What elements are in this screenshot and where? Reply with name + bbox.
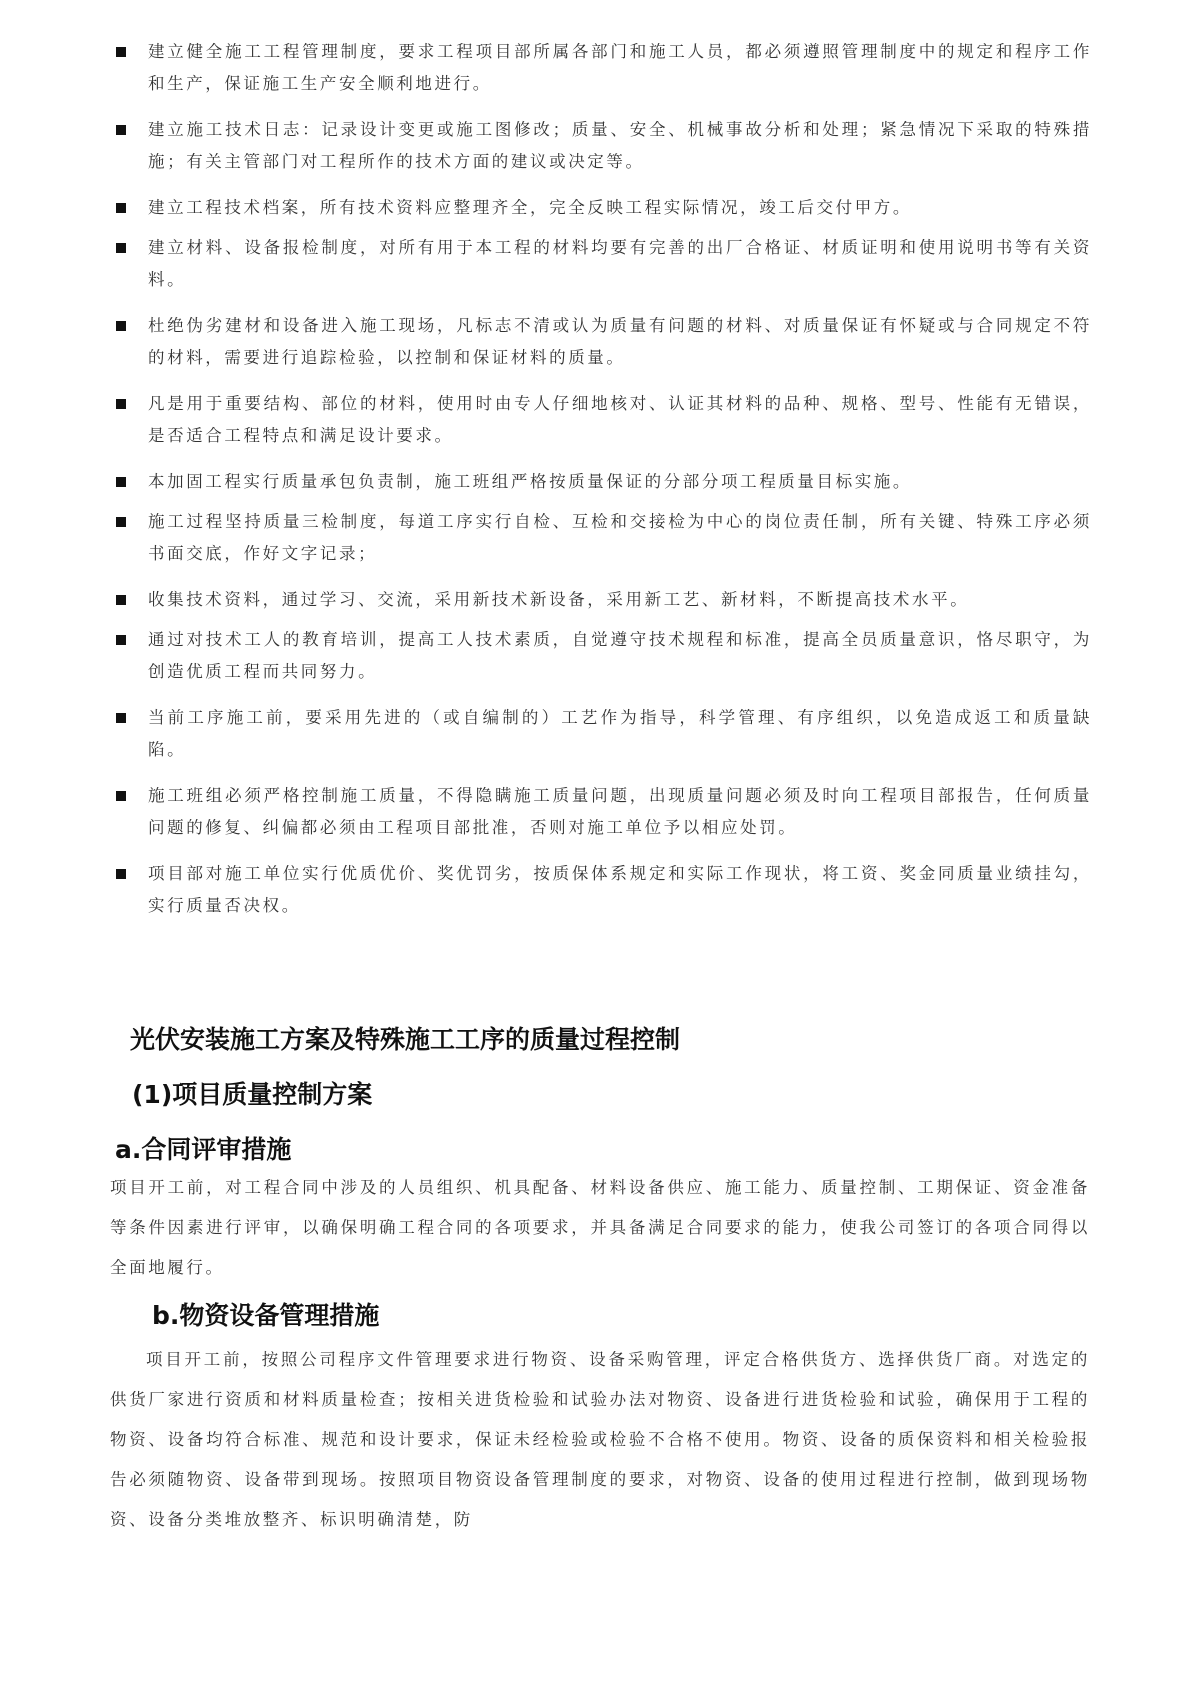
document-page: 建立健全施工工程管理制度，要求工程项目部所属各部门和施工人员，都必须遵照管理制度…	[0, 0, 1190, 1684]
list-item: 凡是用于重要结构、部位的材料，使用时由专人仔细地核对、认证其材料的品种、规格、型…	[112, 388, 1092, 452]
section-a-title: a.合同评审措施	[115, 1130, 291, 1166]
list-item-text: 建立健全施工工程管理制度，要求工程项目部所属各部门和施工人员，都必须遵照管理制度…	[148, 36, 1092, 100]
list-item: 建立健全施工工程管理制度，要求工程项目部所属各部门和施工人员，都必须遵照管理制度…	[112, 36, 1092, 100]
list-item-text: 项目部对施工单位实行优质优价、奖优罚劣，按质保体系规定和实际工作现状，将工资、奖…	[148, 858, 1092, 922]
list-item: 施工过程坚持质量三检制度，每道工序实行自检、互检和交接检为中心的岗位责任制，所有…	[112, 506, 1092, 570]
list-item: 施工班组必须严格控制施工质量，不得隐瞒施工质量问题，出现质量问题必须及时向工程项…	[112, 780, 1092, 844]
square-bullet-icon	[116, 203, 126, 213]
list-item: 建立工程技术档案，所有技术资料应整理齐全，完全反映工程实际情况，竣工后交付甲方。	[112, 192, 1092, 224]
list-item: 杜绝伪劣建材和设备进入施工现场，凡标志不清或认为质量有问题的材料、对质量保证有怀…	[112, 310, 1092, 374]
square-bullet-icon	[116, 713, 126, 723]
square-bullet-icon	[116, 477, 126, 487]
list-item-text: 本加固工程实行质量承包负责制，施工班组严格按质量保证的分部分项工程质量目标实施。	[148, 466, 1092, 498]
list-item-text: 建立工程技术档案，所有技术资料应整理齐全，完全反映工程实际情况，竣工后交付甲方。	[148, 192, 1092, 224]
list-item: 当前工序施工前，要采用先进的（或自编制的）工艺作为指导，科学管理、有序组织，以免…	[112, 702, 1092, 766]
quality-measures-list: 建立健全施工工程管理制度，要求工程项目部所属各部门和施工人员，都必须遵照管理制度…	[112, 36, 1092, 922]
square-bullet-icon	[116, 635, 126, 645]
square-bullet-icon	[116, 517, 126, 527]
list-item-text: 建立材料、设备报检制度，对所有用于本工程的材料均要有完善的出厂合格证、材质证明和…	[148, 232, 1092, 296]
list-item-text: 通过对技术工人的教育培训，提高工人技术素质，自觉遵守技术规程和标准，提高全员质量…	[148, 624, 1092, 688]
square-bullet-icon	[116, 125, 126, 135]
square-bullet-icon	[116, 791, 126, 801]
list-item-text: 凡是用于重要结构、部位的材料，使用时由专人仔细地核对、认证其材料的品种、规格、型…	[148, 388, 1092, 452]
list-item-text: 杜绝伪劣建材和设备进入施工现场，凡标志不清或认为质量有问题的材料、对质量保证有怀…	[148, 310, 1092, 374]
square-bullet-icon	[116, 399, 126, 409]
list-item: 项目部对施工单位实行优质优价、奖优罚劣，按质保体系规定和实际工作现状，将工资、奖…	[112, 858, 1092, 922]
square-bullet-icon	[116, 47, 126, 57]
list-item: 收集技术资料，通过学习、交流，采用新技术新设备，采用新工艺、新材料，不断提高技术…	[112, 584, 1092, 616]
section-heading: 光伏安装施工方案及特殊施工工序的质量过程控制	[130, 1020, 680, 1056]
list-item-text: 施工过程坚持质量三检制度，每道工序实行自检、互检和交接检为中心的岗位责任制，所有…	[148, 506, 1092, 570]
list-item: 建立施工技术日志：记录设计变更或施工图修改；质量、安全、机械事故分析和处理；紧急…	[112, 114, 1092, 178]
list-item-text: 建立施工技术日志：记录设计变更或施工图修改；质量、安全、机械事故分析和处理；紧急…	[148, 114, 1092, 178]
list-item-text: 施工班组必须严格控制施工质量，不得隐瞒施工质量问题，出现质量问题必须及时向工程项…	[148, 780, 1092, 844]
list-item: 通过对技术工人的教育培训，提高工人技术素质，自觉遵守技术规程和标准，提高全员质量…	[112, 624, 1092, 688]
subsection-heading: (1)项目质量控制方案	[132, 1075, 372, 1111]
square-bullet-icon	[116, 243, 126, 253]
section-b-body: 项目开工前，按照公司程序文件管理要求进行物资、设备采购管理，评定合格供货方、选择…	[110, 1340, 1090, 1540]
list-item: 建立材料、设备报检制度，对所有用于本工程的材料均要有完善的出厂合格证、材质证明和…	[112, 232, 1092, 296]
list-item-text: 收集技术资料，通过学习、交流，采用新技术新设备，采用新工艺、新材料，不断提高技术…	[148, 584, 1092, 616]
list-item-text: 当前工序施工前，要采用先进的（或自编制的）工艺作为指导，科学管理、有序组织，以免…	[148, 702, 1092, 766]
square-bullet-icon	[116, 321, 126, 331]
list-item: 本加固工程实行质量承包负责制，施工班组严格按质量保证的分部分项工程质量目标实施。	[112, 466, 1092, 498]
square-bullet-icon	[116, 869, 126, 879]
square-bullet-icon	[116, 595, 126, 605]
section-a-body: 项目开工前，对工程合同中涉及的人员组织、机具配备、材料设备供应、施工能力、质量控…	[110, 1168, 1090, 1288]
section-b-title: b.物资设备管理措施	[152, 1296, 379, 1332]
